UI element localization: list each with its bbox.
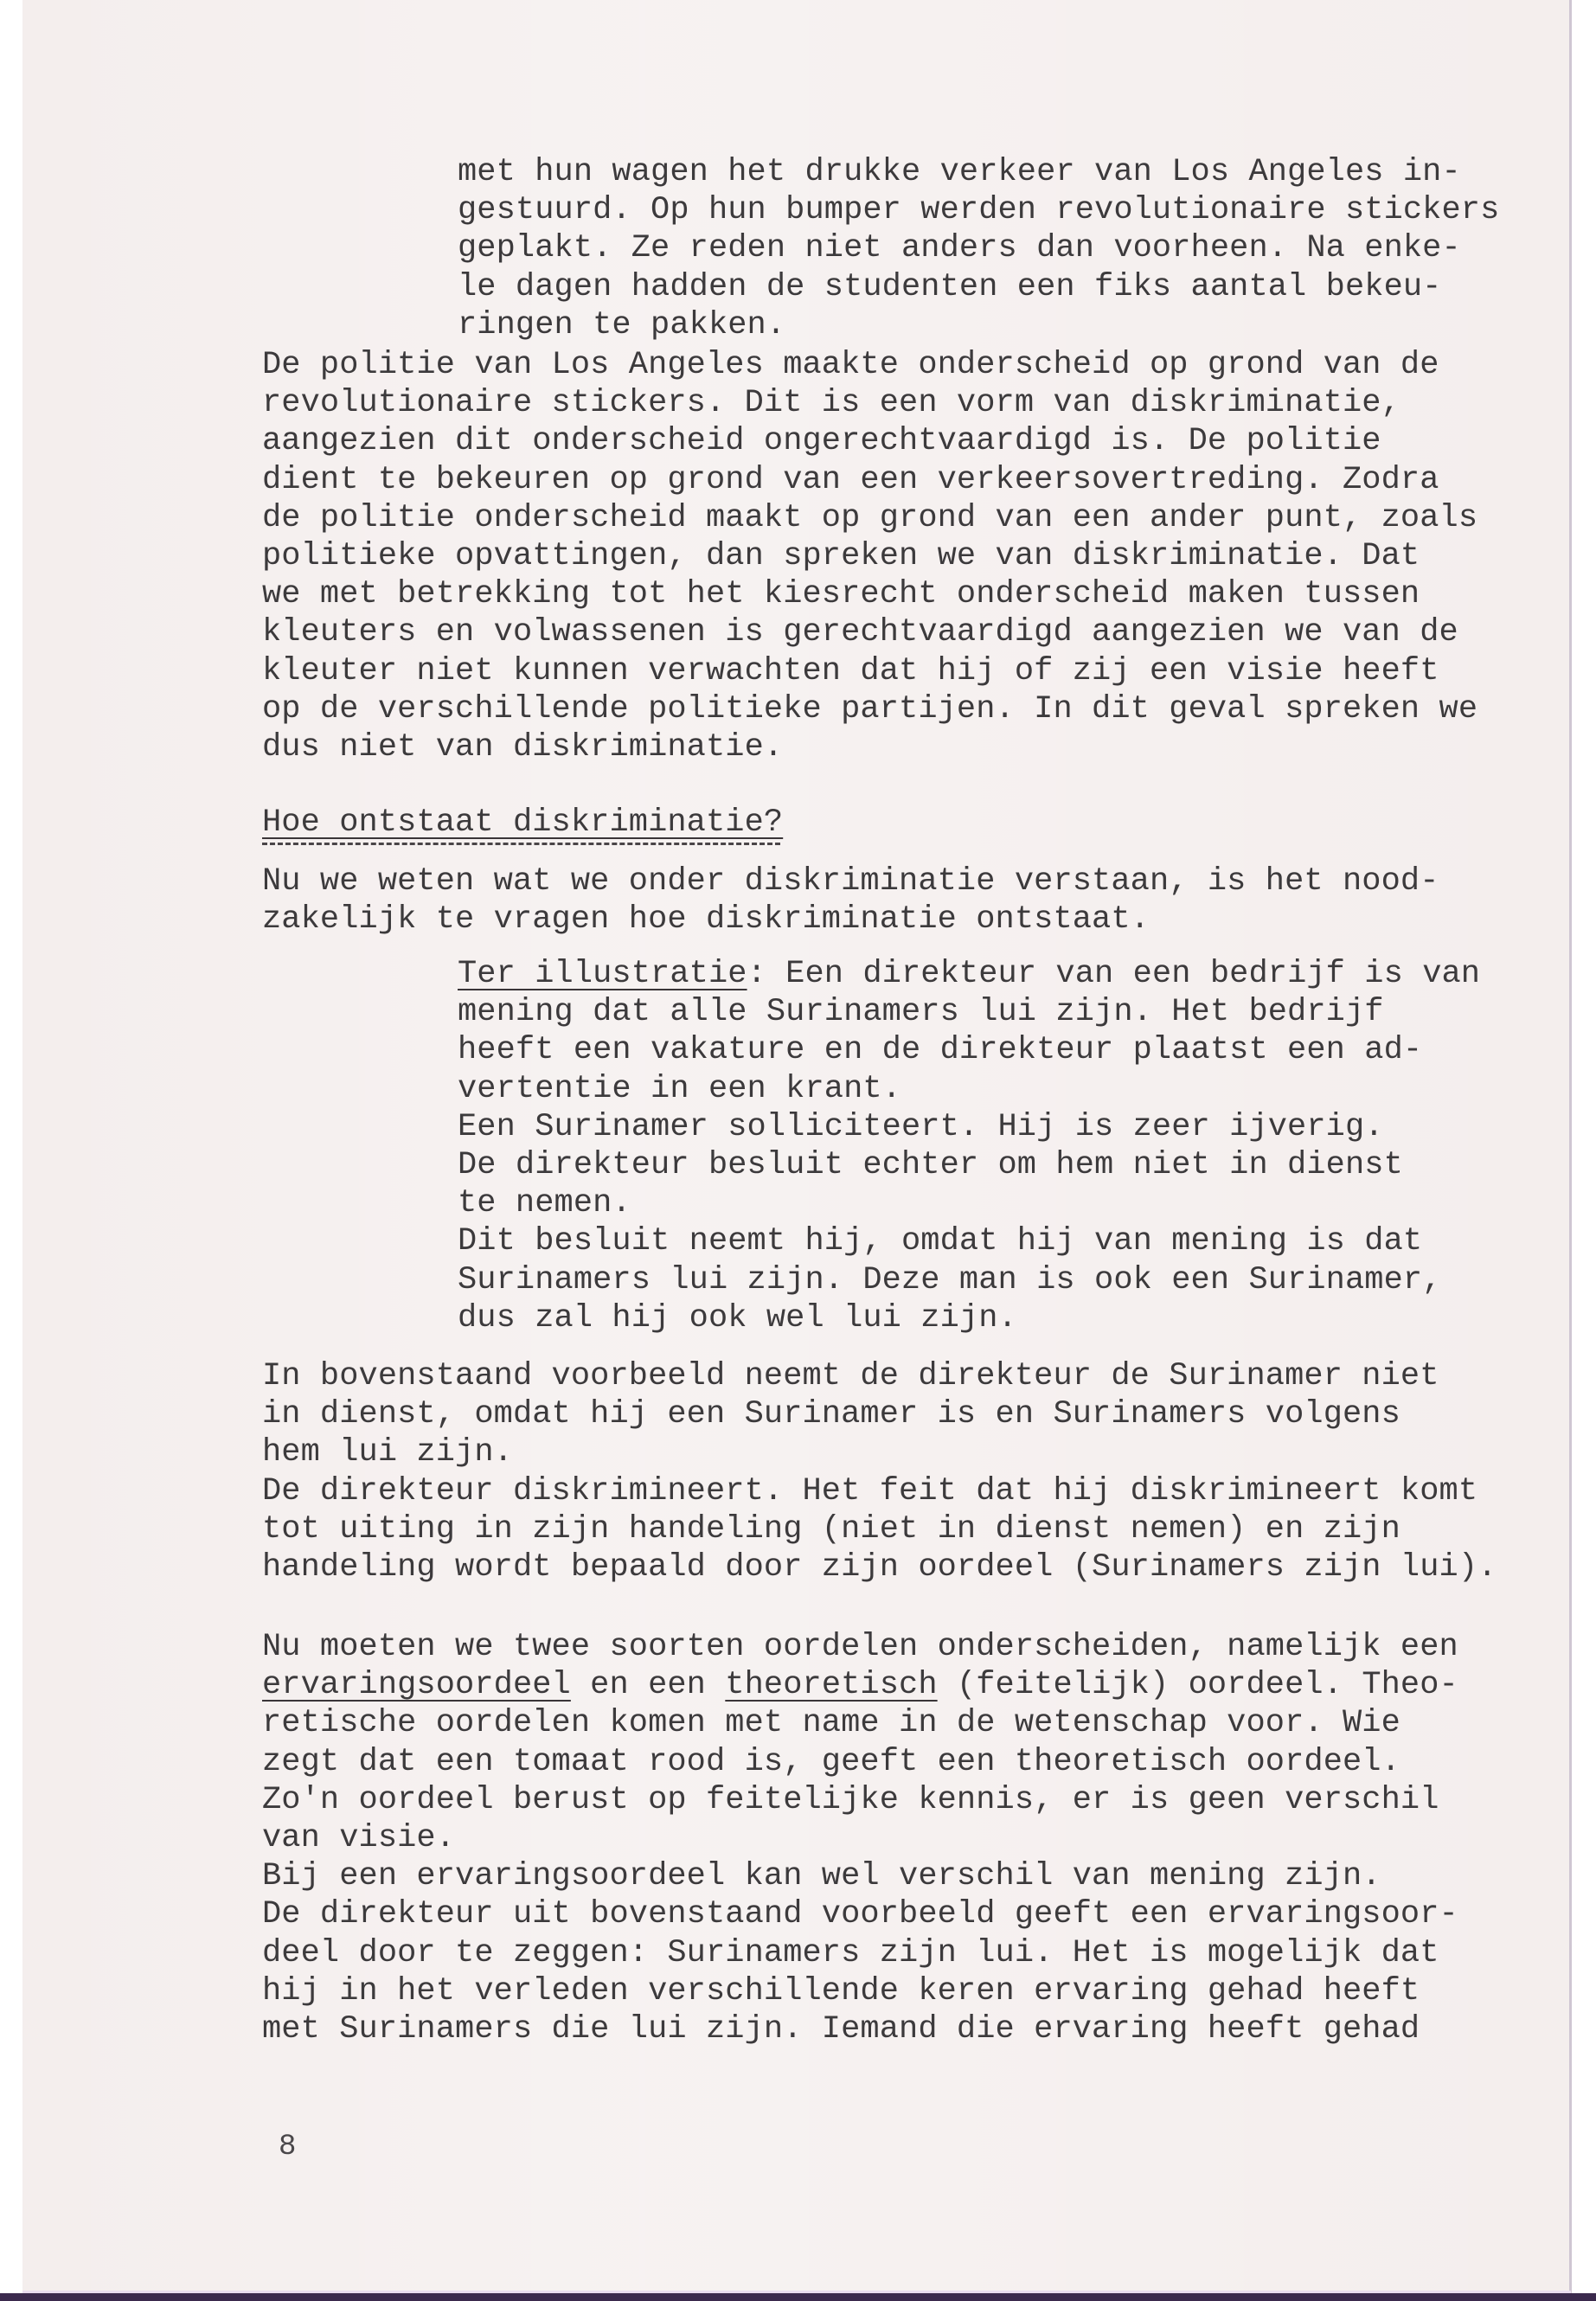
line-text: de politie onderscheid maakt op grond va… [262,500,1477,536]
line-text: politieke opvattingen, dan spreken we va… [262,538,1420,574]
text-line: gestuurd. Op hun bumper werden revolutio… [458,191,1499,229]
line-text: De direkteur besluit echter om hem niet … [458,1147,1403,1183]
line-text: Een Surinamer solliciteert. Hij is zeer … [458,1109,1384,1145]
line-text: gestuurd. Op hun bumper werden revolutio… [458,192,1499,228]
text-line: revolutionaire stickers. Dit is een vorm… [262,384,1401,422]
text-line: de politie onderscheid maakt op grond va… [262,499,1477,537]
line-text: De direkteur uit bovenstaand voorbeeld g… [262,1896,1458,1932]
text-line: vertentie in een krant. [458,1070,901,1108]
line-text: ringen te pakken. [458,307,785,343]
section-heading: Hoe ontstaat diskriminatie? [262,804,783,842]
line-text: te nemen. [458,1185,631,1221]
text-line: mening dat alle Surinamers lui zijn. Het… [458,993,1384,1031]
line-text: op de verschillende politieke partijen. … [262,691,1477,727]
text-line: in dienst, omdat hij een Surinamer is en… [262,1395,1401,1433]
line-text: retische oordelen komen met name in de w… [262,1705,1401,1741]
line-text: deel door te zeggen: Surinamers zijn lui… [262,1935,1439,1971]
line-text: aangezien dit onderscheid ongerechtvaard… [262,423,1381,459]
line-text: en een [571,1667,725,1703]
line-text: le dagen hadden de studenten een fiks aa… [458,269,1441,305]
line-text: Zo'n oordeel berust op feitelijke kennis… [262,1782,1439,1818]
text-line: le dagen hadden de studenten een fiks aa… [458,268,1441,306]
text-line: tot uiting in zijn handeling (niet in di… [262,1510,1401,1548]
line-text: Surinamers lui zijn. Deze man is ook een… [458,1262,1441,1298]
underlined-term: ervaringsoordeel [262,1667,571,1703]
text-line: dus niet van diskriminatie. [262,728,783,766]
text-line: handeling wordt bepaald door zijn oordee… [262,1548,1497,1586]
text-line: Ter illustratie: Een direkteur van een b… [458,955,1480,993]
line-text: geplakt. Ze reden niet anders dan voorhe… [458,230,1461,266]
line-text: met Surinamers die lui zijn. Iemand die … [262,2011,1420,2048]
text-line: deel door te zeggen: Surinamers zijn lui… [262,1934,1439,1972]
line-text: De direkteur diskrimineert. Het feit dat… [262,1473,1477,1509]
line-text: vertentie in een krant. [458,1071,901,1107]
line-text: zakelijk te vragen hoe diskriminatie ont… [262,901,1150,938]
text-line: De direkteur uit bovenstaand voorbeeld g… [262,1895,1458,1933]
line-text: heeft een vakature en de direkteur plaat… [458,1032,1422,1068]
text-line: kleuter niet kunnen verwachten dat hij o… [262,652,1439,690]
underlined-term: Hoe ontstaat diskriminatie? [262,804,783,841]
underlined-term: theoretisch [725,1667,937,1703]
line-text: tot uiting in zijn handeling (niet in di… [262,1511,1401,1548]
text-line: we met betrekking tot het kiesrecht onde… [262,575,1420,613]
line-text: Nu we weten wat we onder diskriminatie v… [262,863,1439,900]
line-text: met hun wagen het drukke verkeer van Los… [458,154,1461,190]
line-text: dus niet van diskriminatie. [262,729,783,766]
text-line: zegt dat een tomaat rood is, geeft een t… [262,1743,1401,1781]
text-line: kleuters en volwassenen is gerechtvaardi… [262,613,1458,651]
line-text: hij in het verleden verschillende keren … [262,1973,1420,2009]
text-line: Nu moeten we twee soorten oordelen onder… [262,1628,1458,1666]
text-line: aangezien dit onderscheid ongerechtvaard… [262,422,1381,460]
underlined-term: Ter illustratie [458,956,747,992]
text-line: heeft een vakature en de direkteur plaat… [458,1031,1422,1069]
line-text: (feitelijk) oordeel. Theo- [938,1667,1458,1703]
text-line: Dit besluit neemt hij, omdat hij van men… [458,1222,1422,1260]
text-line: politieke opvattingen, dan spreken we va… [262,537,1420,575]
line-text: dus zal hij ook wel lui zijn. [458,1300,1017,1336]
line-text: kleuter niet kunnen verwachten dat hij o… [262,653,1439,689]
line-text: handeling wordt bepaald door zijn oordee… [262,1549,1497,1586]
line-text: we met betrekking tot het kiesrecht onde… [262,576,1420,612]
line-text: revolutionaire stickers. Dit is een vorm… [262,385,1401,421]
text-line: ervaringsoordeel en een theoretisch (fei… [262,1666,1458,1704]
text-line: te nemen. [458,1184,631,1222]
text-line: dus zal hij ook wel lui zijn. [458,1299,1017,1337]
text-line: van visie. [262,1819,455,1857]
text-line: Zo'n oordeel berust op feitelijke kennis… [262,1781,1439,1819]
text-line: op de verschillende politieke partijen. … [262,690,1477,728]
line-text: dient te bekeuren op grond van een verke… [262,462,1439,498]
text-line: Nu we weten wat we onder diskriminatie v… [262,862,1439,901]
line-text: kleuters en volwassenen is gerechtvaardi… [262,614,1458,651]
line-text: Bij een ervaringsoordeel kan wel verschi… [262,1858,1381,1894]
line-text: zegt dat een tomaat rood is, geeft een t… [262,1744,1401,1780]
text-line: dient te bekeuren op grond van een verke… [262,461,1439,499]
line-text: Nu moeten we twee soorten oordelen onder… [262,1629,1458,1665]
text-line: De direkteur diskrimineert. Het feit dat… [262,1472,1477,1510]
text-line: hij in het verleden verschillende keren … [262,1972,1420,2010]
text-line: hem lui zijn. [262,1433,513,1471]
text-line: geplakt. Ze reden niet anders dan voorhe… [458,229,1461,267]
line-text: : Een direkteur van een bedrijf is van [747,956,1481,992]
line-text: De politie van Los Angeles maakte onders… [262,347,1439,383]
text-line: Een Surinamer solliciteert. Hij is zeer … [458,1108,1384,1146]
text-line: retische oordelen komen met name in de w… [262,1704,1401,1742]
document-text: met hun wagen het drukke verkeer van Los… [0,0,1596,2301]
page-number: 8 [279,2130,296,2164]
text-line: ringen te pakken. [458,306,785,344]
line-text: mening dat alle Surinamers lui zijn. Het… [458,994,1384,1030]
text-line: In bovenstaand voorbeeld neemt de direkt… [262,1357,1439,1395]
line-text: hem lui zijn. [262,1434,513,1471]
text-line: zakelijk te vragen hoe diskriminatie ont… [262,901,1150,939]
heading-dashed-rule [262,843,780,845]
text-line: Surinamers lui zijn. Deze man is ook een… [458,1261,1441,1299]
text-line: Bij een ervaringsoordeel kan wel verschi… [262,1857,1381,1895]
text-line: De politie van Los Angeles maakte onders… [262,346,1439,384]
line-text: Dit besluit neemt hij, omdat hij van men… [458,1223,1422,1259]
text-line: met Surinamers die lui zijn. Iemand die … [262,2010,1420,2048]
line-text: In bovenstaand voorbeeld neemt de direkt… [262,1358,1439,1394]
line-text: van visie. [262,1820,455,1856]
text-line: De direkteur besluit echter om hem niet … [458,1146,1403,1184]
text-line: met hun wagen het drukke verkeer van Los… [458,153,1461,191]
line-text: in dienst, omdat hij een Surinamer is en… [262,1396,1401,1433]
